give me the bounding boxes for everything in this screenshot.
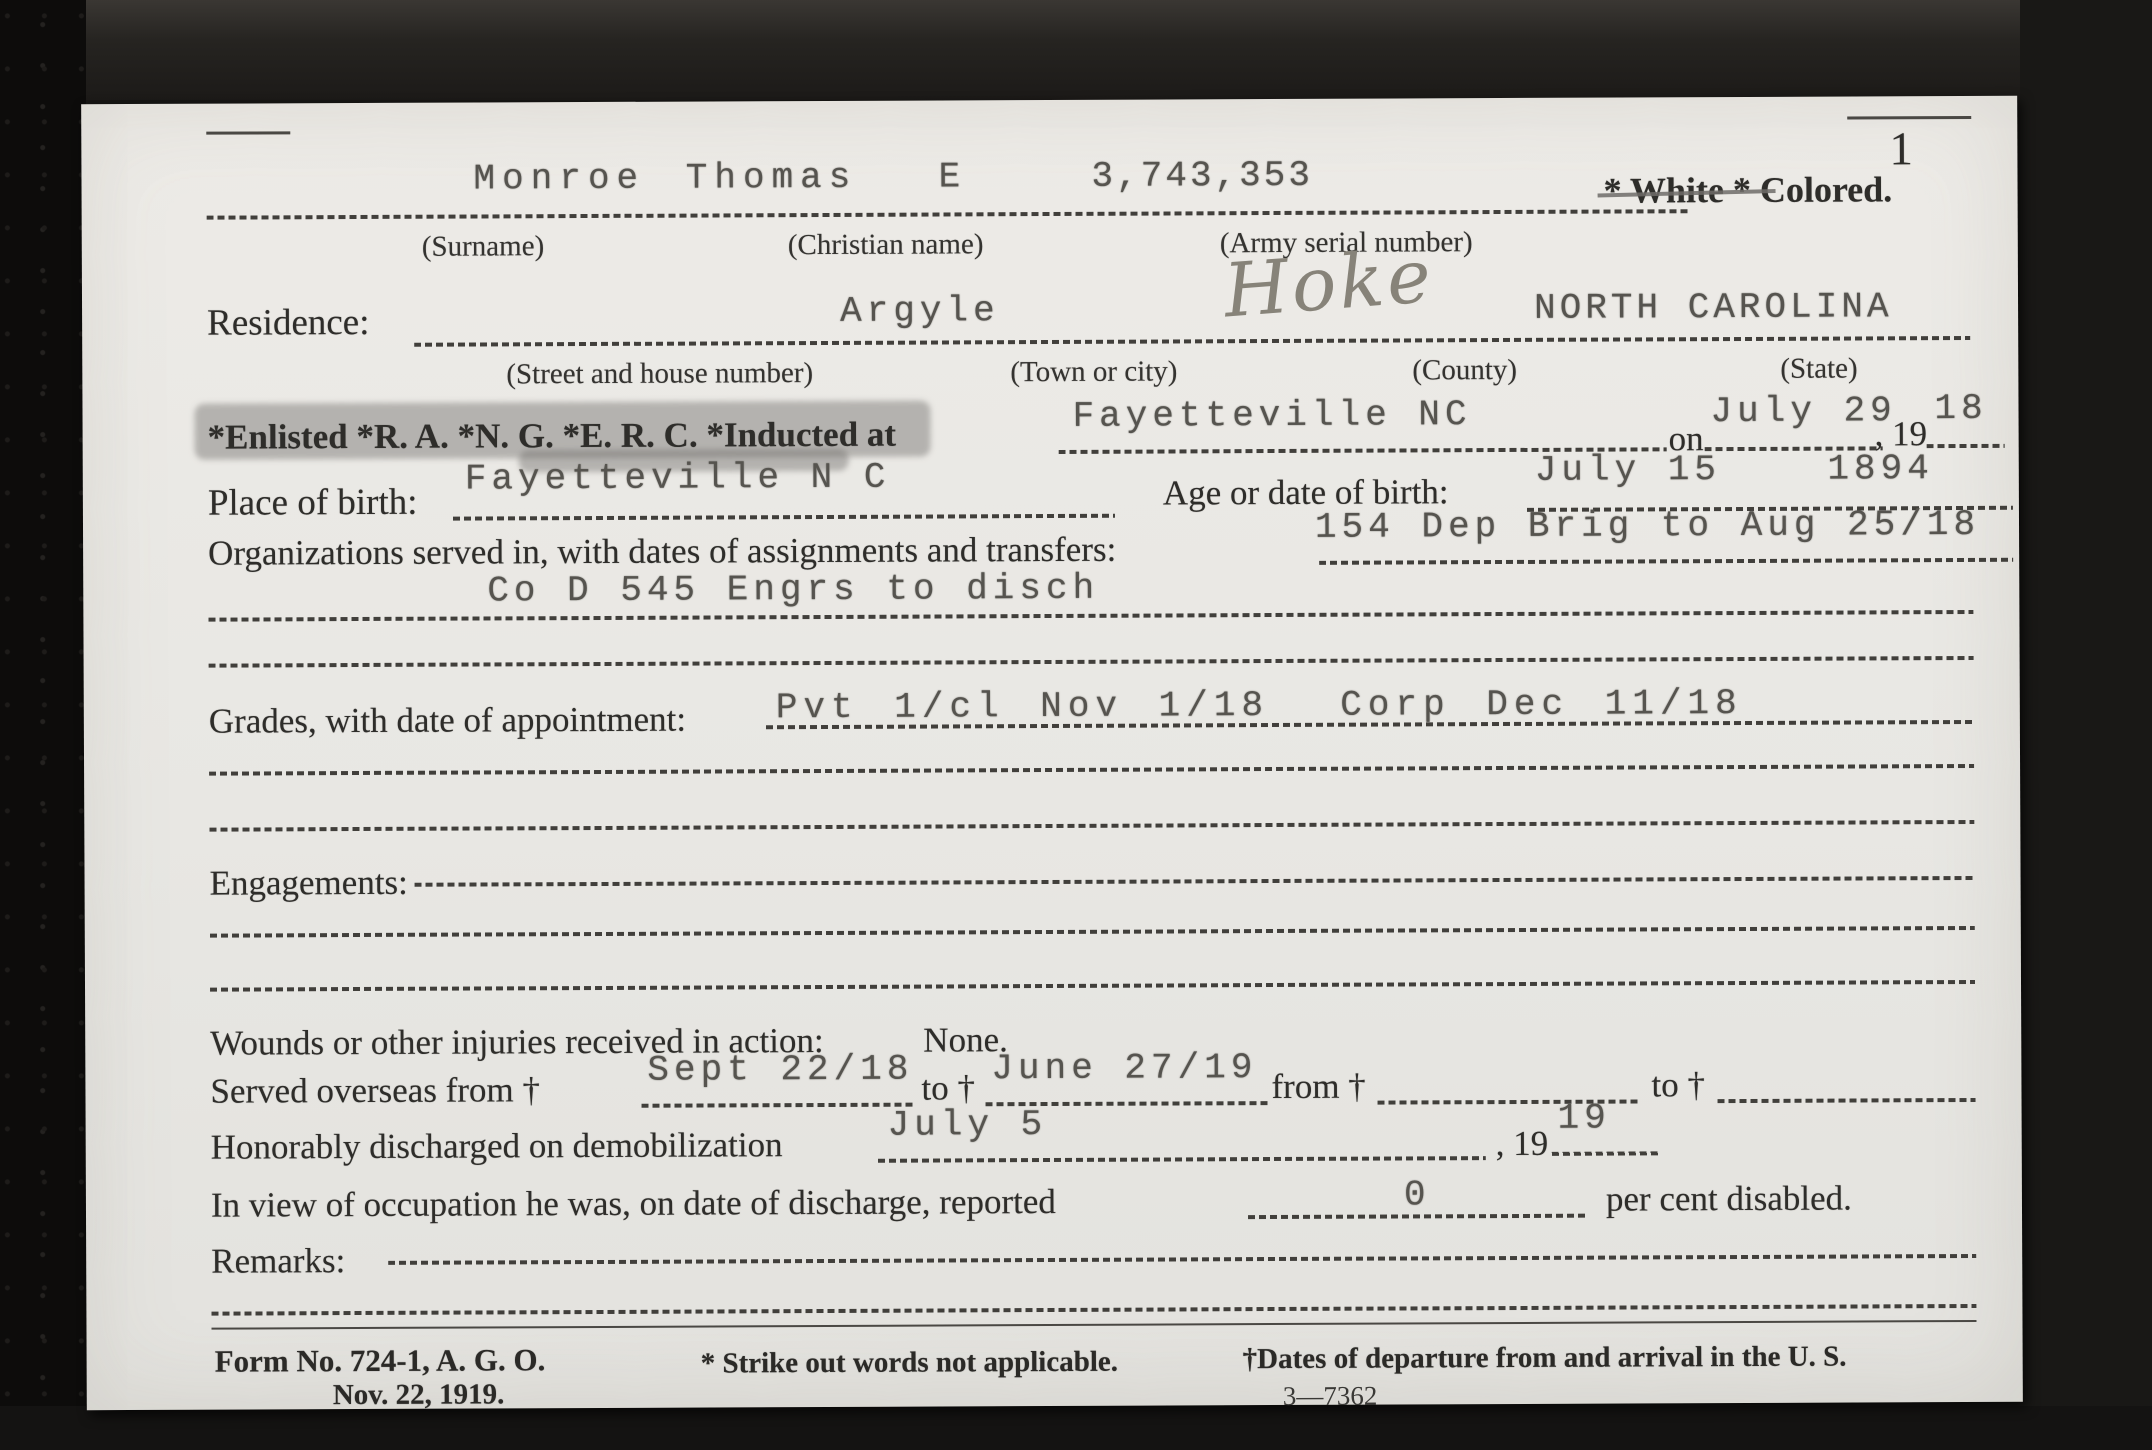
dotted-rule: [1552, 1151, 1660, 1155]
dotted-rule: [878, 1156, 1486, 1163]
discharge-label: Honorably discharged on demobilization: [211, 1125, 783, 1167]
county-label: (County): [1412, 354, 1517, 387]
scanned-record-page: 1 Monroe Thomas E 3,743,353 * White * Co…: [0, 0, 2152, 1450]
serial-value: 3,743,353: [1091, 155, 1313, 197]
scan-border-bottom: [0, 1406, 2152, 1450]
overseas-label: Served overseas from †: [210, 1070, 540, 1111]
scan-border-left: [0, 0, 86, 1450]
dotted-rule: [211, 1304, 1976, 1316]
dotted-rule: [209, 656, 1974, 668]
corner-dash: [206, 131, 290, 134]
enlistment-prefix: *Enlisted *R. A. *N. G. *E. R. C. *Induc…: [208, 415, 897, 458]
dotted-rule: [210, 926, 1975, 938]
surname-label: (Surname): [422, 230, 545, 264]
residence-label: Residence:: [207, 301, 370, 345]
name-value: Monroe Thomas E: [473, 156, 967, 199]
grades-label: Grades, with date of appointment:: [209, 700, 686, 742]
discharge-date-value: July 5: [888, 1104, 1048, 1146]
street-label: (Street and house number): [506, 357, 813, 391]
organizations-line1-value: 154 Dep Brig to Aug 25/18: [1315, 504, 1980, 548]
page-number: 1: [1889, 122, 1913, 176]
dotted-rule: [1718, 1098, 1976, 1103]
birth-place-value: Fayetteville N C: [465, 457, 891, 500]
dagger-note: †Dates of departure from and arrival in …: [1243, 1341, 1847, 1377]
disability-label: In view of occupation he was, on date of…: [211, 1182, 1056, 1226]
dotted-rule: [414, 336, 1970, 347]
state-label: (State): [1780, 352, 1857, 385]
disability-suffix: per cent disabled.: [1606, 1179, 1852, 1220]
disability-value: 0: [1404, 1174, 1431, 1215]
age-value: July 15 1894: [1535, 448, 1934, 491]
dotted-rule: [208, 610, 1973, 622]
residence-county-value: Hoke: [1221, 233, 1437, 334]
induction-date-value: July 29: [1710, 390, 1896, 432]
dotted-rule: [207, 209, 1689, 219]
overseas-to1-label: to †: [921, 1068, 975, 1108]
discharge-year-value: 19: [1558, 1098, 1611, 1139]
overseas-from1-value: Sept 22/18: [647, 1049, 913, 1091]
separator-line: [211, 1320, 1976, 1330]
residence-town-value: Argyle: [840, 290, 1000, 332]
scan-border-top: [0, 0, 2152, 100]
discharge-year-printed: , 19: [1496, 1124, 1549, 1164]
strike-note: * Strike out words not applicable.: [701, 1346, 1118, 1381]
inducted-place-value: Fayetteville NC: [1072, 394, 1471, 437]
dotted-rule: [415, 876, 1975, 887]
form-number: Form No. 724-1, A. G. O.: [215, 1342, 546, 1379]
page-number-overline: [1847, 116, 1971, 120]
dotted-rule: [1319, 558, 2013, 565]
scan-border-right: [2020, 0, 2152, 1450]
dotted-rule: [210, 980, 1975, 992]
service-record-card: 1 Monroe Thomas E 3,743,353 * White * Co…: [81, 96, 2023, 1410]
town-label: (Town or city): [1010, 355, 1177, 389]
dotted-rule: [209, 820, 1974, 832]
dotted-rule: [642, 1103, 914, 1108]
residence-state-value: NORTH CAROLINA: [1534, 286, 1893, 329]
birth-place-label: Place of birth:: [208, 481, 418, 525]
dotted-rule: [1927, 444, 2005, 448]
dotted-rule: [453, 514, 1115, 521]
induction-year-value: 18: [1934, 388, 1987, 429]
overseas-to1-value: June 27/19: [991, 1047, 1257, 1089]
dotted-rule: [388, 1254, 1976, 1265]
overseas-from2-label: from †: [1271, 1067, 1365, 1107]
christian-name-label: (Christian name): [788, 228, 984, 262]
organizations-line2-value: Co D 545 Engrs to disch: [487, 568, 1099, 612]
organizations-label: Organizations served in, with dates of a…: [208, 530, 1116, 574]
form-date: Nov. 22, 1919.: [333, 1378, 505, 1412]
overseas-to2-label: to †: [1651, 1065, 1705, 1105]
remarks-label: Remarks:: [211, 1241, 345, 1282]
engagements-label: Engagements:: [209, 863, 407, 904]
dotted-rule: [209, 764, 1974, 776]
print-code: 3—7362: [1283, 1381, 1378, 1412]
